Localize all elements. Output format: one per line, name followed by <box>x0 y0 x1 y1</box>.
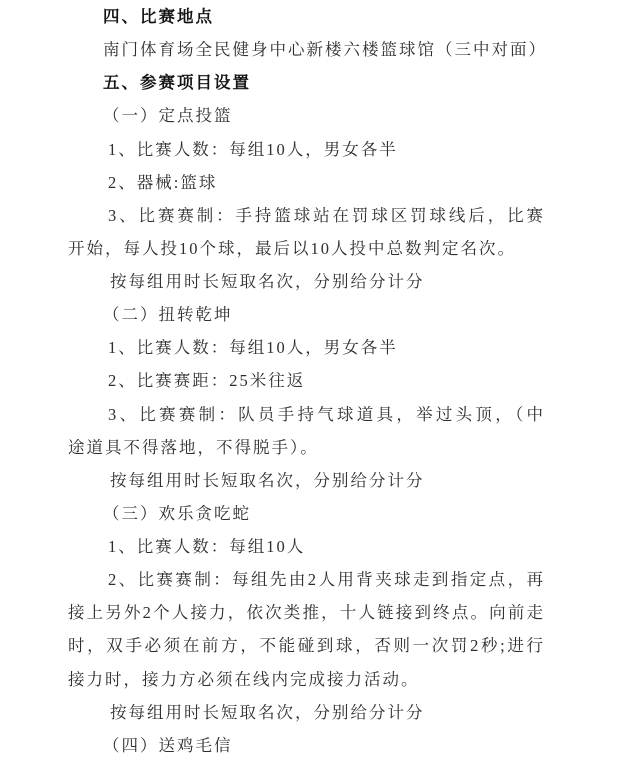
event-1-item-3-line-1: 3、比赛赛制：手持篮球站在罚球区罚球线后，比赛 <box>68 199 545 232</box>
event-2-item-3-line-1: 3、比赛赛制：队员手持气球道具，举过头顶，（中 <box>68 398 545 431</box>
event-2-item-3-line-2: 途道具不得落地，不得脱手）。 <box>68 431 545 464</box>
document-page: 四、比赛地点 南门体育场全民健身中心新楼六楼篮球馆（三中对面） 五、参赛项目设置… <box>0 0 618 762</box>
event-3-item-1: 1、比赛人数：每组10人 <box>68 530 545 563</box>
event-1-heading: （一）定点投篮 <box>68 99 545 132</box>
event-1-item-1: 1、比赛人数：每组10人，男女各半 <box>68 133 545 166</box>
event-3-heading: （三）欢乐贪吃蛇 <box>68 497 545 530</box>
event-1-scoring-note: 按每组用时长短取名次，分别给分计分 <box>68 265 545 298</box>
venue-paragraph: 南门体育场全民健身中心新楼六楼篮球馆（三中对面） <box>68 33 545 66</box>
section-5-heading: 五、参赛项目设置 <box>68 66 545 99</box>
event-3-item-2-line-1: 2、比赛赛制：每组先由2人用背夹球走到指定点，再 <box>68 563 545 596</box>
event-2-item-1: 1、比赛人数：每组10人，男女各半 <box>68 331 545 364</box>
event-1-item-2: 2、器械:篮球 <box>68 166 545 199</box>
event-2-scoring-note: 按每组用时长短取名次，分别给分计分 <box>68 464 545 497</box>
event-3-scoring-note: 按每组用时长短取名次，分别给分计分 <box>68 696 545 729</box>
event-3-item-2-line-4: 接力时，接力方必须在线内完成接力活动。 <box>68 663 545 696</box>
event-4-heading: （四）送鸡毛信 <box>68 729 545 762</box>
document-text-block: 四、比赛地点 南门体育场全民健身中心新楼六楼篮球馆（三中对面） 五、参赛项目设置… <box>68 0 545 762</box>
event-3-item-2-line-3: 时，双手必须在前方，不能碰到球，否则一次罚2秒;进行 <box>68 629 545 662</box>
event-2-item-2: 2、比赛赛距：25米往返 <box>68 364 545 397</box>
event-1-item-3-line-2: 开始，每人投10个球，最后以10人投中总数判定名次。 <box>68 232 545 265</box>
event-3-item-2-line-2: 接上另外2个人接力，依次类推，十人链接到终点。向前走 <box>68 596 545 629</box>
event-2-heading: （二）扭转乾坤 <box>68 298 545 331</box>
section-4-heading: 四、比赛地点 <box>68 0 545 33</box>
